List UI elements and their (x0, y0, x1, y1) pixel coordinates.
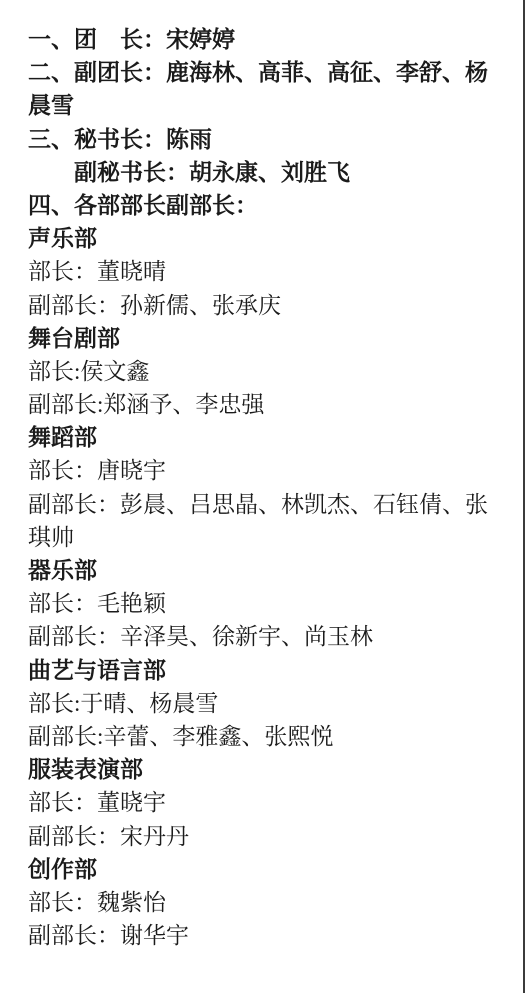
document-line: 部长：唐晓宇 (28, 454, 511, 487)
right-edge-divider (523, 0, 525, 993)
document-line: 副部长：孙新儒、张承庆 (28, 289, 511, 322)
document-line: 部长：董晓宇 (28, 786, 511, 819)
document-line: 部长:侯文鑫 (28, 355, 511, 388)
document-line: 部长：毛艳颖 (28, 587, 511, 620)
document-line: 创作部 (28, 853, 511, 886)
document-line: 副部长：彭晨、吕思晶、林凯杰、石钰倩、张 (28, 488, 511, 521)
document-line: 舞台剧部 (28, 322, 511, 355)
document-line: 服装表演部 (28, 753, 511, 786)
document-line: 副秘书长：胡永康、刘胜飞 (28, 156, 511, 189)
document-line: 四、各部部长副部长： (28, 189, 511, 222)
document-line: 三、秘书长：陈雨 (28, 123, 511, 156)
document-line: 曲艺与语言部 (28, 654, 511, 687)
document-line: 声乐部 (28, 222, 511, 255)
document-line: 晨雪 (28, 89, 511, 122)
document-body: 一、团 长：宋婷婷二、副团长：鹿海林、高菲、高征、李舒、杨晨雪三、秘书长：陈雨副… (28, 23, 511, 952)
document-line: 副部长:郑涵予、李忠强 (28, 388, 511, 421)
document-line: 部长:于晴、杨晨雪 (28, 687, 511, 720)
page: 一、团 长：宋婷婷二、副团长：鹿海林、高菲、高征、李舒、杨晨雪三、秘书长：陈雨副… (0, 0, 528, 993)
document-line: 部长：董晓晴 (28, 255, 511, 288)
document-line: 副部长：宋丹丹 (28, 820, 511, 853)
document-line: 器乐部 (28, 554, 511, 587)
document-line: 二、副团长：鹿海林、高菲、高征、李舒、杨 (28, 56, 511, 89)
document-line: 一、团 长：宋婷婷 (28, 23, 511, 56)
document-line: 琪帅 (28, 521, 511, 554)
document-line: 舞蹈部 (28, 421, 511, 454)
document-line: 副部长:辛蕾、李雅鑫、张熙悦 (28, 720, 511, 753)
document-line: 副部长：辛泽昊、徐新宇、尚玉林 (28, 620, 511, 653)
document-line: 副部长：谢华宇 (28, 919, 511, 952)
document-line: 部长：魏紫怡 (28, 886, 511, 919)
